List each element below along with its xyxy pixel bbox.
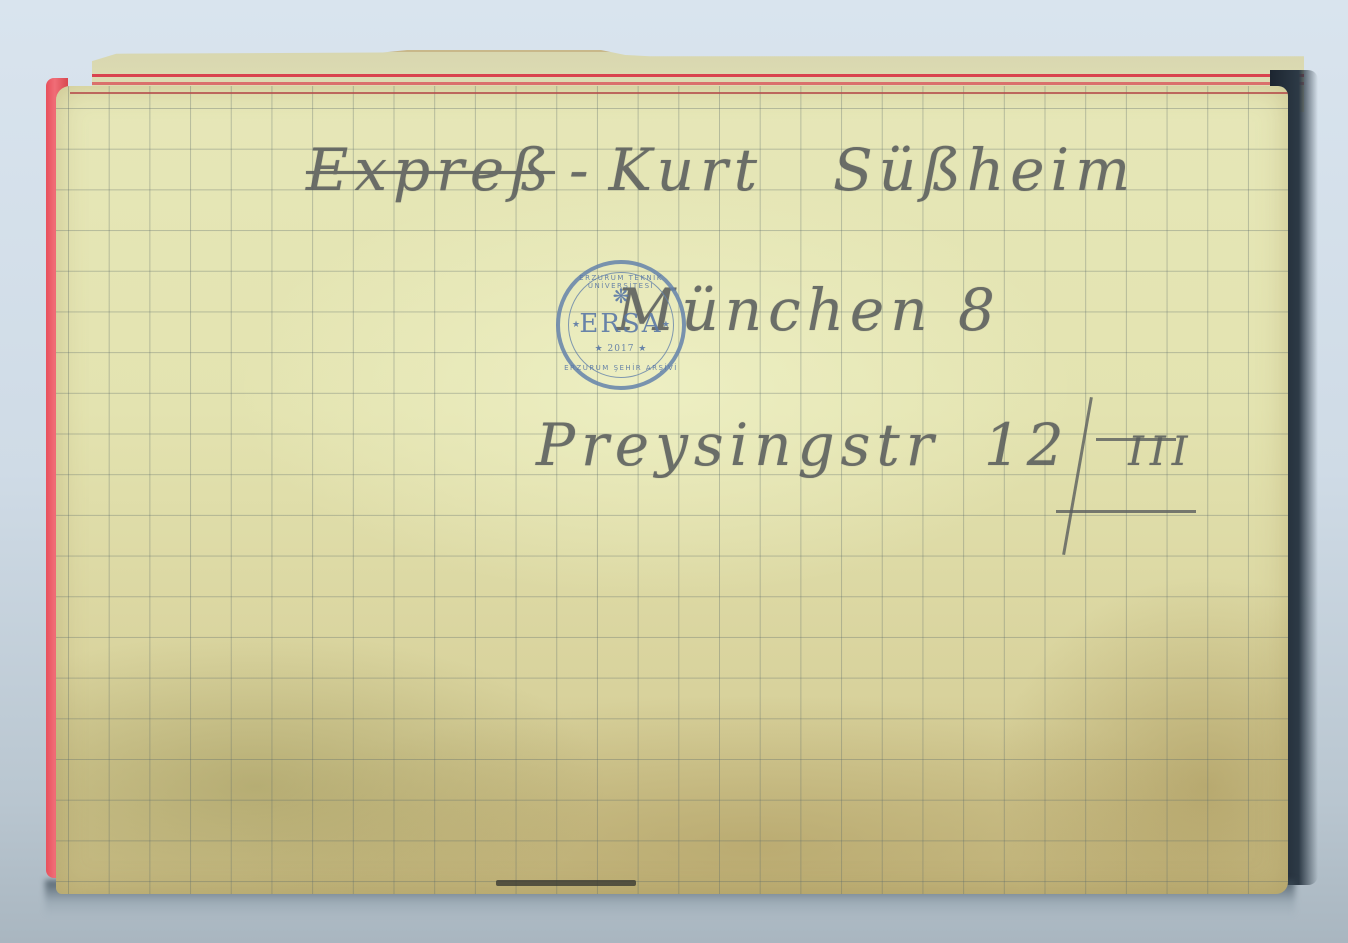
photo-scene: Expreß-KurtSüßheim München 8 Preysingstr…	[0, 0, 1348, 943]
floor-overline	[1096, 438, 1176, 441]
page-bottom-tear	[496, 880, 636, 886]
handwriting-line-street: Preysingstr 12 III	[536, 411, 1194, 479]
stamp-year: ★ 2017 ★	[560, 344, 682, 354]
graph-paper-grid	[56, 86, 1288, 894]
flower-icon: ❋	[560, 286, 682, 306]
red-page-edge-line	[92, 82, 1304, 85]
notebook-page: Expreß-KurtSüßheim München 8 Preysingstr…	[56, 86, 1288, 894]
red-page-edge-line	[92, 74, 1304, 77]
struck-word: Expreß	[306, 136, 555, 204]
handwriting-line-name: Expreß-KurtSüßheim	[306, 136, 1136, 204]
archive-stamp: ERZURUM TEKNİK ÜNİVERSİTESİ ❋ ★ ★ ERSA ★…	[556, 260, 686, 390]
surname: Süßheim	[833, 136, 1136, 204]
stamp-main-text: ERSA	[560, 310, 682, 338]
house-number: 12	[984, 411, 1070, 479]
street: Preysingstr	[536, 411, 939, 479]
stamp-bottom-text: ERZURUM ŞEHİR ARŞİVİ	[560, 364, 682, 372]
first-name: Kurt	[609, 136, 763, 204]
floor-number: III	[1128, 429, 1193, 475]
address-underline	[1056, 510, 1196, 513]
name-separator: -	[569, 136, 595, 204]
page-top-red-rule	[70, 92, 1288, 94]
